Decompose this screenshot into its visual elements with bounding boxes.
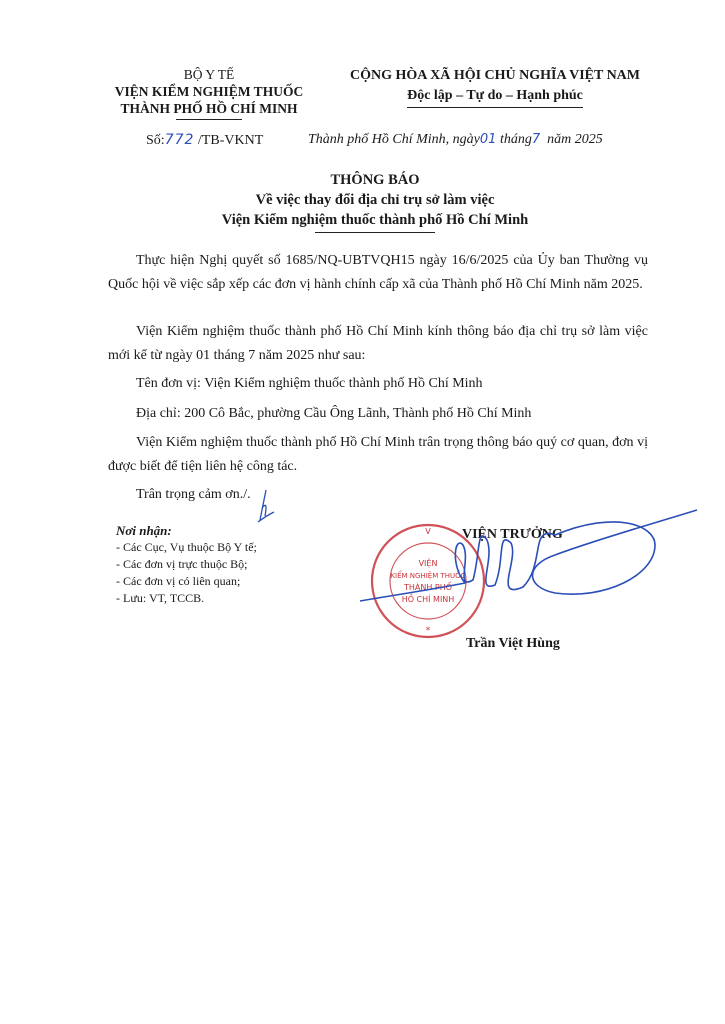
document-number: Số:772 /TB-VKNT (146, 132, 263, 149)
header-left-underline (176, 119, 242, 120)
recipients-block: Nơi nhận: - Các Cục, Vụ thuộc Bộ Y tế; -… (116, 522, 257, 607)
document-number-prefix: Số: (146, 133, 165, 148)
date-place-prefix: Thành phố Hồ Chí Minh, ngày (308, 132, 480, 147)
recipients-heading: Nơi nhận: (116, 522, 257, 539)
body-paragraph-2: Viện Kiểm nghiệm thuốc thành phố Hồ Chí … (108, 320, 648, 367)
address-line: Địa chỉ: 200 Cô Bắc, phường Cầu Ông Lãnh… (108, 402, 648, 426)
initials-mark-icon (252, 486, 276, 526)
organization-name-line1: VIỆN KIỂM NGHIỆM THUỐC (95, 83, 323, 100)
unit-name-line: Tên đơn vị: Viện Kiểm nghiệm thuốc thành… (108, 372, 648, 396)
national-motto: Độc lập – Tự do – Hạnh phúc (407, 86, 583, 108)
recipient-item: - Các đơn vị trực thuộc Bộ; (116, 556, 257, 573)
ministry-name: BỘ Y TẾ (95, 66, 323, 83)
recipient-item: - Các Cục, Vụ thuộc Bộ Y tế; (116, 539, 257, 556)
issuing-agency-block: BỘ Y TẾ VIỆN KIỂM NGHIỆM THUỐC THÀNH PHỐ… (95, 66, 323, 120)
signatory-name: Trần Việt Hùng (466, 636, 560, 652)
date-month-handwritten: 7 (532, 132, 540, 147)
document-subtitle-line2: Viện Kiểm nghiệm thuốc thành phố Hồ Chí … (160, 210, 590, 230)
recipient-item: - Lưu: VT, TCCB. (116, 590, 257, 607)
date-month-label: tháng (500, 132, 532, 147)
body-paragraph-1: Thực hiện Nghị quyết số 1685/NQ-UBTVQH15… (108, 249, 648, 296)
svg-text:*: * (426, 626, 431, 636)
document-title-block: THÔNG BÁO Về việc thay đổi địa chỉ trụ s… (160, 170, 590, 233)
handwritten-signature (355, 505, 700, 615)
document-title: THÔNG BÁO (160, 170, 590, 190)
recipient-item: - Các đơn vị có liên quan; (116, 573, 257, 590)
date-line: Thành phố Hồ Chí Minh, ngày01 tháng7 năm… (308, 132, 603, 148)
national-heading-block: CỘNG HÒA XÃ HỘI CHỦ NGHĨA VIỆT NAM Độc l… (330, 66, 660, 108)
document-subtitle-line1: Về việc thay đổi địa chỉ trụ sở làm việc (160, 190, 590, 210)
body-paragraph-3: Viện Kiểm nghiệm thuốc thành phố Hồ Chí … (108, 431, 648, 478)
document-number-suffix: /TB-VKNT (198, 133, 263, 148)
organization-name-line2: THÀNH PHỐ HỒ CHÍ MINH (95, 100, 323, 117)
nation-name: CỘNG HÒA XÃ HỘI CHỦ NGHĨA VIỆT NAM (330, 66, 660, 86)
closing-line: Trân trọng cảm ơn./. (108, 483, 648, 507)
title-underline (315, 232, 435, 233)
document-number-handwritten: 772 (165, 132, 195, 148)
date-year: năm 2025 (547, 132, 603, 147)
date-day-handwritten: 01 (480, 132, 497, 147)
